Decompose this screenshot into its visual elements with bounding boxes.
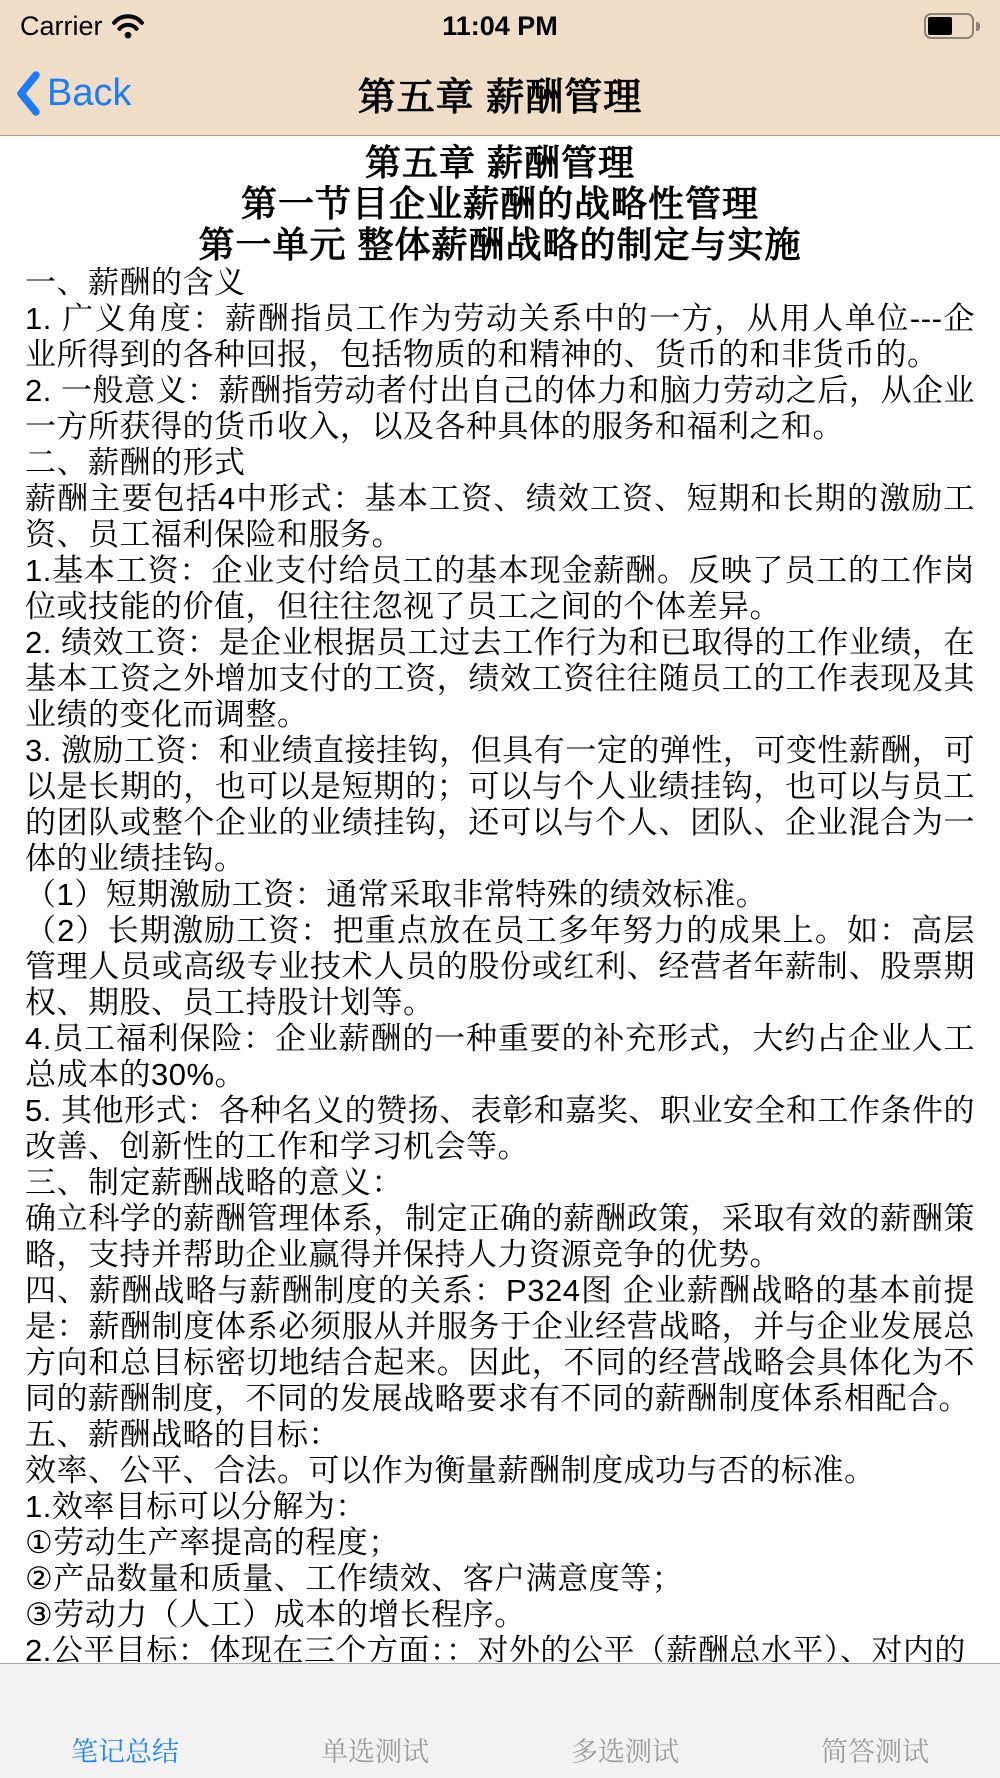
status-bar: Carrier 11:04 PM	[0, 0, 1000, 48]
doc-paragraph: 4.员工福利保险：企业薪酬的一种重要的补充形式，大约占企业人工总成本的30%。	[25, 1021, 975, 1093]
doc-heading: 第一节目企业薪酬的战略性管理	[25, 183, 975, 224]
doc-paragraph: 三、制定薪酬战略的意义：	[25, 1165, 975, 1201]
doc-paragraph: ①劳动生产率提高的程度；	[25, 1525, 975, 1561]
doc-paragraph: ③劳动力（人工）成本的增长程序。	[25, 1597, 975, 1633]
status-time: 11:04 PM	[0, 4, 1000, 48]
document-content[interactable]: 第五章 薪酬管理 第一节目企业薪酬的战略性管理 第一单元 整体薪酬战略的制定与实…	[0, 137, 1000, 1662]
nav-bar: Back 第五章 薪酬管理	[0, 48, 1000, 139]
doc-heading: 第一单元 整体薪酬战略的制定与实施	[25, 224, 975, 265]
doc-paragraph: 五、薪酬战略的目标：	[25, 1417, 975, 1453]
doc-paragraph: 1.效率目标可以分解为：	[25, 1489, 975, 1525]
doc-paragraph: 二、薪酬的形式	[25, 445, 975, 481]
battery-nub	[976, 22, 980, 31]
tab-label: 简答测试	[821, 1737, 929, 1767]
doc-paragraph: 2. 一般意义：薪酬指劳动者付出自己的体力和脑力劳动之后，从企业一方所获得的货币…	[25, 373, 975, 445]
header: Carrier 11:04 PM	[0, 0, 1000, 136]
doc-heading: 第五章 薪酬管理	[25, 142, 975, 183]
doc-paragraph: （2）长期激励工资：把重点放在员工多年努力的成果上。如：高层管理人员或高级专业技…	[25, 913, 975, 1021]
tab-label: 多选测试	[571, 1737, 679, 1767]
tab-notes-summary[interactable]: 笔记总结	[0, 1730, 250, 1778]
tab-label: 单选测试	[321, 1737, 429, 1767]
back-chevron-icon	[14, 70, 41, 117]
tab-label: 笔记总结	[71, 1737, 179, 1767]
wifi-icon	[112, 14, 144, 39]
doc-paragraph: 1. 广义角度：薪酬指员工作为劳动关系中的一方，从用人单位---企业所得到的各种…	[25, 301, 975, 373]
tab-bar: 笔记总结 单选测试 多选测试 简答测试	[0, 1663, 1000, 1778]
page-title: 第五章 薪酬管理	[358, 66, 643, 121]
app-screen: Carrier 11:04 PM	[0, 0, 1000, 1778]
doc-paragraph: 确立科学的薪酬管理体系，制定正确的薪酬政策，采取有效的薪酬策略，支持并帮助企业赢…	[25, 1201, 975, 1273]
tab-single-choice-test[interactable]: 单选测试	[250, 1730, 500, 1778]
battery-icon	[924, 13, 974, 39]
tab-short-answer-test[interactable]: 简答测试	[750, 1730, 1000, 1778]
battery-fill	[928, 17, 952, 35]
doc-paragraph: 四、薪酬战略与薪酬制度的关系：P324图 企业薪酬战略的基本前提是：薪酬制度体系…	[25, 1273, 975, 1417]
carrier-label: Carrier	[20, 11, 103, 42]
doc-paragraph: 一、薪酬的含义	[25, 265, 975, 301]
doc-paragraph: 2. 绩效工资：是企业根据员工过去工作行为和已取得的工作业绩，在基本工资之外增加…	[25, 625, 975, 733]
doc-paragraph: 1.基本工资：企业支付给员工的基本现金薪酬。反映了员工的工作岗位或技能的价值，但…	[25, 553, 975, 625]
doc-paragraph: ②产品数量和质量、工作绩效、客户满意度等；	[25, 1561, 975, 1597]
doc-paragraph: 薪酬主要包括4中形式：基本工资、绩效工资、短期和长期的激励工资、员工福利保险和服…	[25, 481, 975, 553]
doc-paragraph: 2.公平目标：体现在三个方面：：对外的公平（薪酬总水平）、对内的	[25, 1633, 975, 1662]
back-button[interactable]: Back	[14, 48, 131, 139]
tab-multi-choice-test[interactable]: 多选测试	[500, 1730, 750, 1778]
doc-paragraph: 5. 其他形式：各种名义的赞扬、表彰和嘉奖、职业安全和工作条件的改善、创新性的工…	[25, 1093, 975, 1165]
doc-paragraph: （1）短期激励工资：通常采取非常特殊的绩效标准。	[25, 877, 975, 913]
doc-paragraph: 3. 激励工资：和业绩直接挂钩，但具有一定的弹性，可变性薪酬，可以是长期的，也可…	[25, 733, 975, 877]
back-label: Back	[47, 72, 131, 115]
doc-paragraph: 效率、公平、合法。可以作为衡量薪酬制度成功与否的标准。	[25, 1453, 975, 1489]
